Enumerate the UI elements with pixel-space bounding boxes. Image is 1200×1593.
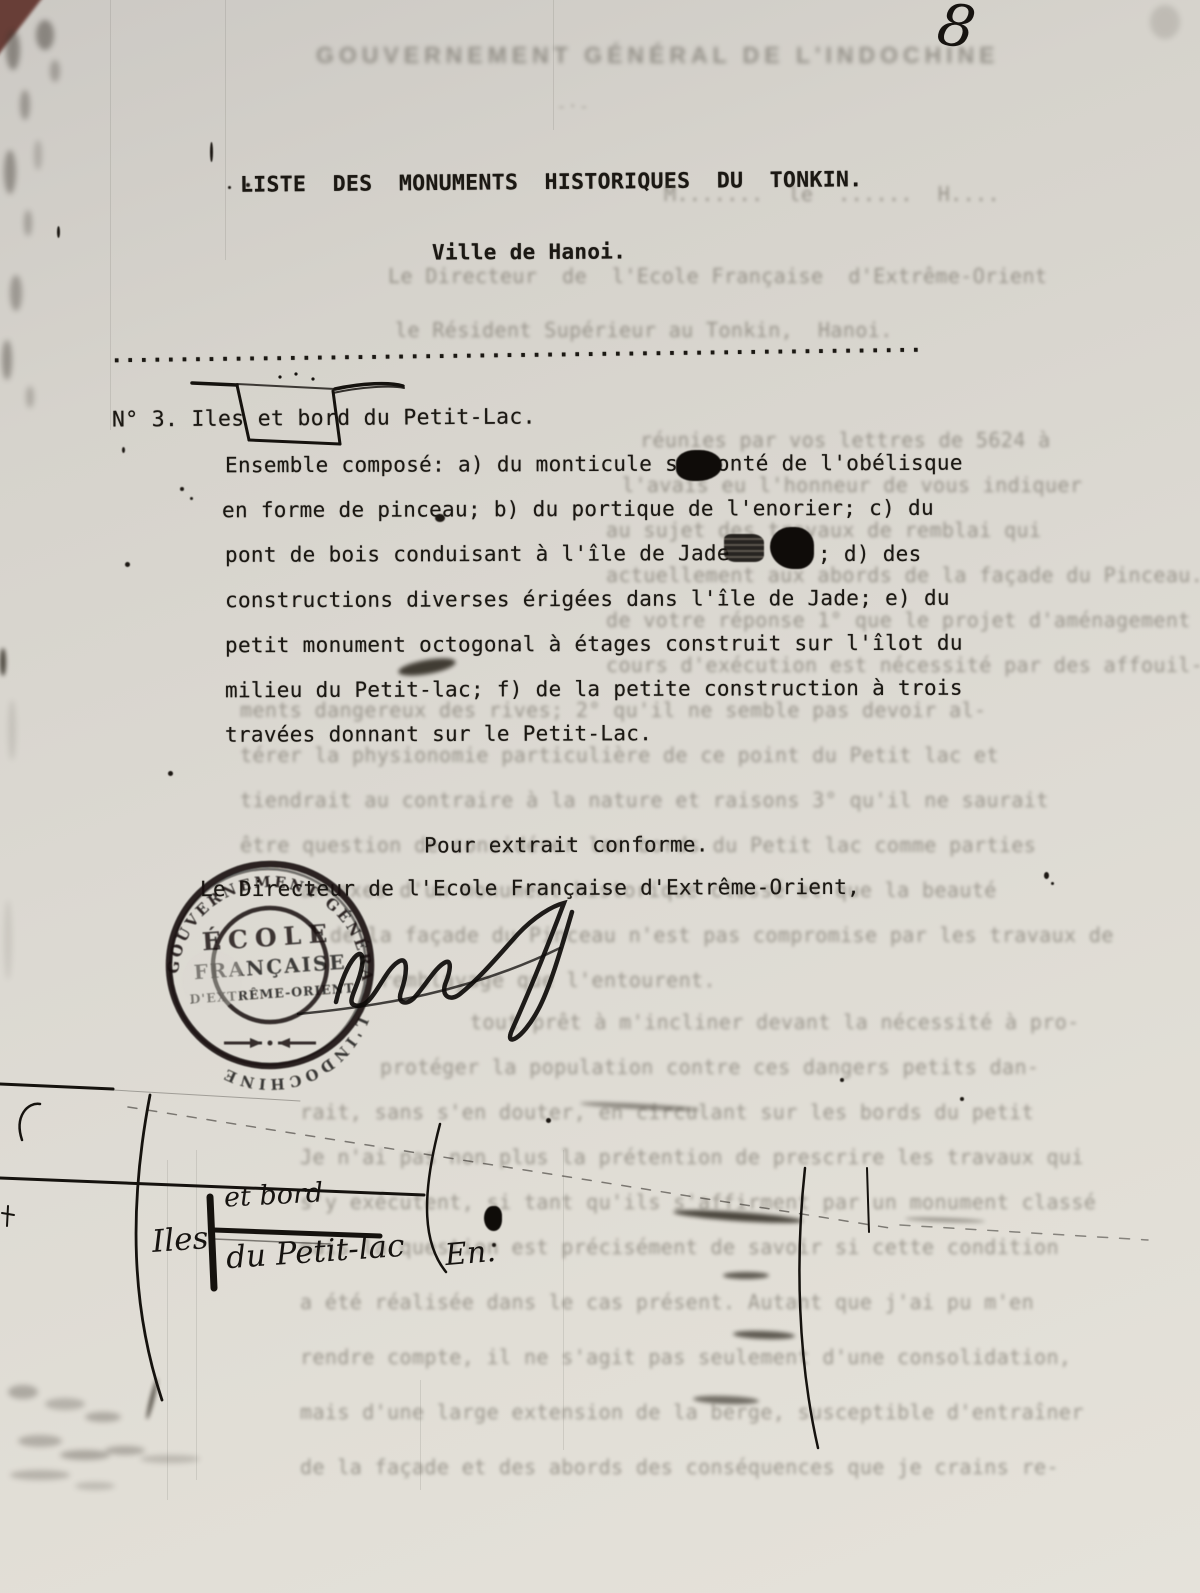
scan-grain (1150, 5, 1180, 39)
ink-speck (57, 226, 60, 238)
ink-smear (397, 655, 457, 679)
ink-speck (210, 142, 213, 162)
ink-speck (180, 487, 184, 491)
paragraph-line: milieu du Petit-lac; f) de la petite con… (225, 676, 963, 703)
ink-speck (435, 514, 445, 522)
paragraph-line: Ensemble composé: a) du monticule surmon… (225, 451, 963, 478)
chinese-character-mark (724, 534, 764, 562)
bleedthrough-line: réunies par vos lettres de 5624 à (640, 428, 1051, 452)
paragraph-line3-suffix: ; d) des (818, 542, 922, 566)
ink-speck (168, 771, 173, 776)
handwritten-inserted-words: et bord (223, 1177, 324, 1213)
scan-grain (75, 1482, 115, 1490)
ink-blot (484, 1206, 502, 1231)
bleedthrough-line: au sujet des travaux de remblai qui (606, 518, 1041, 542)
bleedthrough-line: M....... le ...... H.... (664, 182, 1000, 206)
scan-grain (2, 340, 12, 380)
ink-speck (1044, 872, 1049, 879)
dotted-separator: ........................................… (110, 333, 923, 369)
photocopy-streak (225, 0, 226, 260)
bleedthrough-line: de votre réponse 1° que le projet d'amén… (606, 608, 1191, 632)
scan-grain (4, 150, 16, 194)
letterhead-title: GOUVERNEMENT GÉNÉRAL DE L'INDOCHINE (316, 42, 1000, 69)
ink-speck (246, 183, 250, 187)
ink-speck (228, 186, 231, 189)
scan-grain (50, 60, 60, 82)
scan-grain (8, 700, 16, 760)
scan-grain (34, 140, 42, 170)
bleedthrough-line: Le Directeur de l'Ecole Française d'Extr… (388, 264, 1047, 288)
handwritten-margin-note: En. (444, 1234, 498, 1273)
scanned-document-page: GOUVERNEMENT GÉNÉRAL DE L'INDOCHINE -·- … (0, 0, 1200, 1593)
document-subtitle: Ville de Hanoi. (432, 239, 626, 264)
ink-speck (125, 562, 130, 567)
paragraph-line: travées donnant sur le Petit-Lac. (225, 721, 652, 746)
scan-grain (24, 210, 32, 236)
ink-smear (0, 648, 6, 676)
handdrawn-correction-box (100, 370, 520, 465)
scan-grain (20, 90, 30, 120)
paragraph-line: pont de bois conduisant à l'île de Jade (225, 541, 730, 567)
paragraph-line: en forme de pinceau; b) du portique de l… (222, 496, 934, 522)
ink-blot (770, 527, 814, 569)
scan-grain (26, 386, 34, 408)
paragraph-line: constructions diverses érigées dans l'îl… (225, 586, 950, 613)
bleedthrough-line: actuellement aux abords de la façade du … (606, 563, 1200, 587)
stamp-arrow-ornament (224, 1038, 316, 1048)
handwritten-main-words: Iles (151, 1220, 210, 1260)
bottom-annotation-lines (0, 1060, 1200, 1480)
paragraph-line: petit monument octogonal à étages constr… (225, 631, 963, 658)
letterhead-ornament: -·- (556, 96, 590, 117)
scan-grain (6, 30, 20, 70)
ink-speck (122, 447, 125, 453)
ink-speck (190, 497, 193, 500)
ink-speck (1051, 882, 1054, 885)
scan-grain (4, 900, 12, 980)
bleedthrough-line: tiendrait au contraire à la nature et ra… (240, 788, 1049, 812)
scan-grain (36, 20, 54, 50)
bleedthrough-line: térer la physionomie particulière de ce … (240, 743, 999, 767)
scan-grain (10, 275, 22, 311)
bleedthrough-line: cours d'exécution est nécessité par des … (606, 653, 1200, 677)
